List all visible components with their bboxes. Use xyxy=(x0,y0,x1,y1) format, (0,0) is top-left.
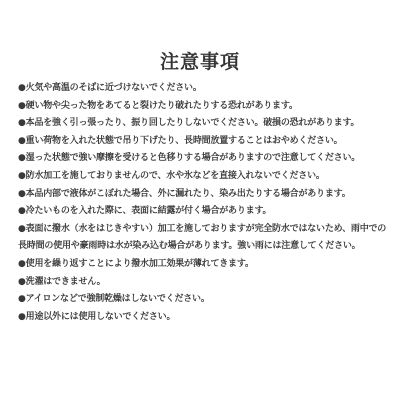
caution-list: ●火気や高温のそばに近づけないでください。 ●硬い物や尖った物をあてると裂けたり… xyxy=(18,80,390,326)
list-item: ●湿った状態で強い摩擦を受けると色移りする場合がありますので注意してください。 xyxy=(18,150,390,168)
list-item: ●防水加工を施しておりませんので、水や氷などを直接入れないでください。 xyxy=(18,168,390,186)
bullet-icon: ● xyxy=(18,171,26,181)
item-text: 硬い物や尖った物をあてると裂けたり破れたりする恐れがあります。 xyxy=(26,101,298,111)
item-text: 表面に撥水（水をはじきやすい）加工を施しておりますが完全防水ではないため、雨中で… xyxy=(26,224,386,234)
list-item: ●表面に撥水（水をはじきやすい）加工を施しておりますが完全防水ではないため、雨中… xyxy=(18,221,390,256)
item-text: 火気や高温のそばに近づけないでください。 xyxy=(26,83,202,93)
list-item: ●火気や高温のそばに近づけないでください。 xyxy=(18,80,390,98)
item-text: 冷たいものを入れた際に、表面に結露が付く場合があります。 xyxy=(26,206,272,216)
bullet-icon: ● xyxy=(18,136,26,146)
bullet-icon: ● xyxy=(18,118,26,128)
item-text: 防水加工を施しておりませんので、水や氷などを直接入れないでください。 xyxy=(26,171,325,181)
list-item: ●本品内部で液体がこぼれた場合、外に漏れたり、染み出たりする場合があります。 xyxy=(18,186,390,204)
list-item: ●アイロンなどで強制乾燥はしないでください。 xyxy=(18,291,390,309)
bullet-icon: ● xyxy=(18,153,26,163)
bullet-icon: ● xyxy=(18,294,26,304)
list-item: ●重い荷物を入れた状態で吊り下げたり、長時間放置することはおやめください。 xyxy=(18,133,390,151)
bullet-icon: ● xyxy=(18,312,26,322)
bullet-icon: ● xyxy=(18,206,26,216)
list-item: ●使用を繰り返すことにより撥水加工効果が薄れてきます。 xyxy=(18,256,390,274)
item-text: 重い荷物を入れた状態で吊り下げたり、長時間放置することはおやめください。 xyxy=(26,136,343,146)
item-text: 本品内部で液体がこぼれた場合、外に漏れたり、染み出たりする場合があります。 xyxy=(26,189,351,199)
list-item: ●本品を強く引っ張ったり、振り回したりしないでください。破損の恐れがあります。 xyxy=(18,115,390,133)
item-text: 本品を強く引っ張ったり、振り回したりしないでください。破損の恐れがあります。 xyxy=(26,118,360,128)
bullet-icon: ● xyxy=(18,277,26,287)
list-item: ●洗濯はできません。 xyxy=(18,274,390,292)
bullet-icon: ● xyxy=(18,101,26,111)
item-text: アイロンなどで強制乾燥はしないでください。 xyxy=(26,294,210,304)
item-text: 湿った状態で強い摩擦を受けると色移りする場合がありますので注意してください。 xyxy=(26,153,360,163)
list-item: ●用途以外には使用しないでください。 xyxy=(18,309,390,327)
list-item: ●硬い物や尖った物をあてると裂けたり破れたりする恐れがあります。 xyxy=(18,98,390,116)
list-item: ●冷たいものを入れた際に、表面に結露が付く場合があります。 xyxy=(18,203,390,221)
bullet-icon: ● xyxy=(18,259,26,269)
bullet-icon: ● xyxy=(18,83,26,93)
page-title: 注意事項 xyxy=(0,47,400,74)
item-text: 用途以外には使用しないでください。 xyxy=(26,312,176,322)
item-text-continuation: 長時間の使用や豪雨時は水が染み込む場合があります。強い雨には注意してください。 xyxy=(18,238,390,256)
bullet-icon: ● xyxy=(18,189,26,199)
item-text: 洗濯はできません。 xyxy=(26,277,106,287)
item-text: 使用を繰り返すことにより撥水加工効果が薄れてきます。 xyxy=(26,259,254,269)
bullet-icon: ● xyxy=(18,224,26,234)
